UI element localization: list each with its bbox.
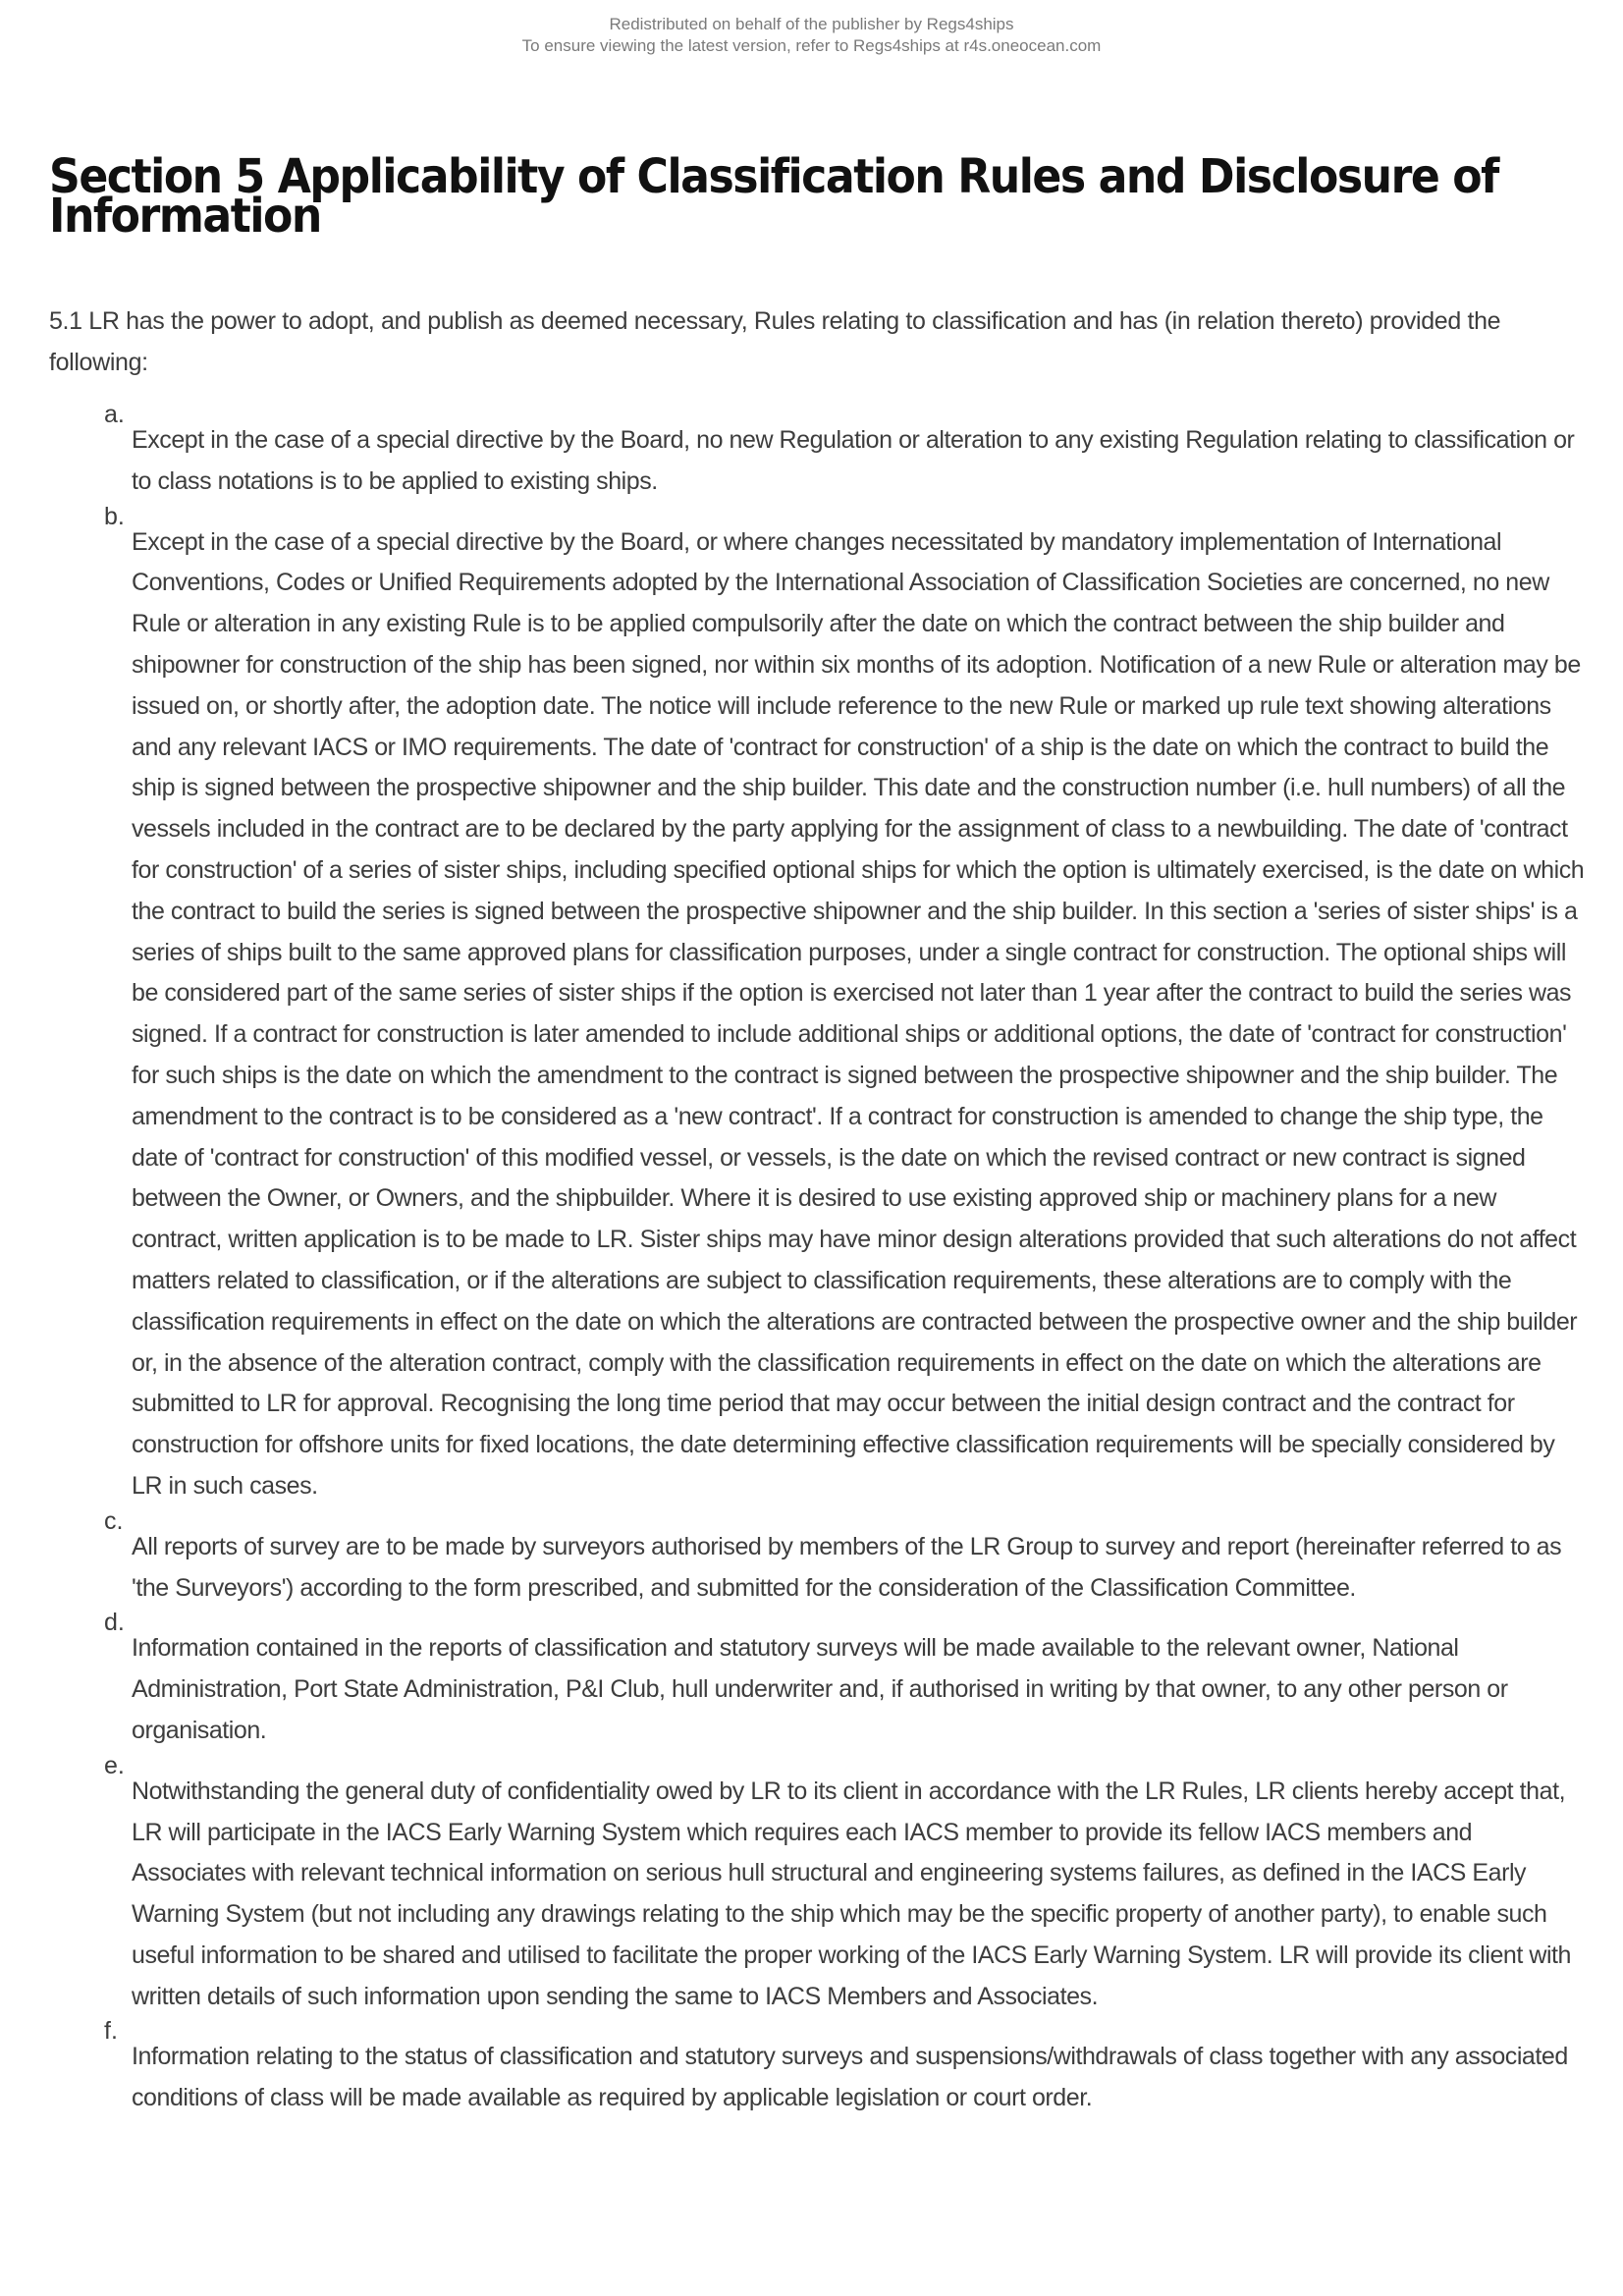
list-item-text: Except in the case of a special directiv… [132,522,1591,1507]
redistribution-line-2: To ensure viewing the latest version, re… [0,35,1623,57]
list-item-b: b. Except in the case of a special direc… [49,503,1591,1507]
list-item-e: e. Notwithstanding the general duty of c… [49,1752,1591,2018]
redistribution-notice: Redistributed on behalf of the publisher… [0,14,1623,57]
list-item-text: Except in the case of a special directiv… [132,420,1591,503]
list-marker: d. [104,1609,125,1636]
list-marker: c. [104,1507,123,1535]
redistribution-line-1: Redistributed on behalf of the publisher… [0,14,1623,35]
list-item-d: d. Information contained in the reports … [49,1609,1591,1751]
list-item-c: c. All reports of survey are to be made … [49,1507,1591,1610]
list-item-text: Information contained in the reports of … [132,1628,1591,1751]
clause-list: a. Except in the case of a special direc… [49,401,1591,2119]
list-item-a: a. Except in the case of a special direc… [49,401,1591,503]
document-body: Section 5 Applicability of Classificatio… [49,157,1591,2119]
list-item-text: All reports of survey are to be made by … [132,1527,1591,1610]
list-item-text: Notwithstanding the general duty of conf… [132,1772,1591,2018]
list-marker: f. [104,2017,118,2045]
list-marker: b. [104,503,125,530]
list-item-text: Information relating to the status of cl… [132,2037,1591,2119]
list-marker: e. [104,1752,125,1779]
list-item-f: f. Information relating to the status of… [49,2017,1591,2119]
clause-5-1-intro: 5.1 LR has the power to adopt, and publi… [49,301,1591,383]
list-marker: a. [104,401,125,428]
section-title: Section 5 Applicability of Classificatio… [49,157,1602,236]
